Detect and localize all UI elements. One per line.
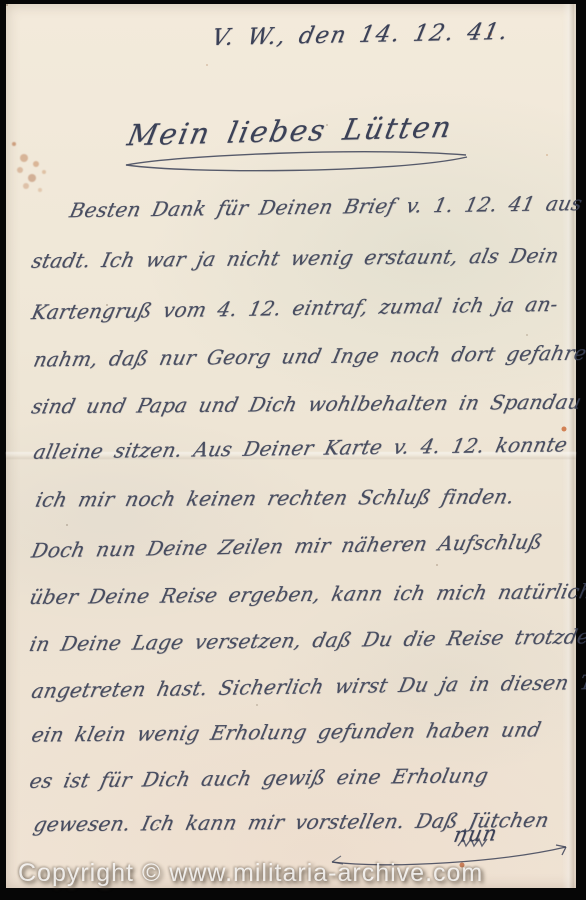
letter-line-text: alleine sitzen. Aus Deiner Karte v. 4. 1… — [31, 432, 569, 464]
dateline-text: V. W., den 14. 12. 41. — [209, 19, 511, 51]
letter-line-text: in Deine Lage versetzen, daß Du die Reis… — [27, 624, 586, 656]
foxing-stain — [12, 142, 16, 146]
letter-line: Kartengruß vom 4. 12. eintraf, zumal ich… — [32, 292, 558, 324]
salutation: Mein liebes Lütten — [128, 110, 453, 152]
letter-line: nahm, daß nur Georg und Inge noch dort g… — [34, 341, 586, 372]
letter-line-text: Besten Dank für Deinen Brief v. 1. 12. 4… — [67, 190, 586, 222]
letter-line: ich mir noch keinen rechten Schluß finde… — [36, 484, 514, 511]
letter-line: sind und Papa und Dich wohlbehalten in S… — [32, 390, 581, 419]
letter-line: es ist für Dich auch gewiß eine Erholung — [30, 763, 488, 793]
letter-line: über Deine Reise ergeben, kann ich mich … — [30, 579, 586, 609]
letter-line-text: ich mir noch keinen rechten Schluß finde… — [33, 484, 516, 511]
letter-line-text: ein klein wenig Erholung gefunden haben … — [29, 717, 543, 746]
letter-line: Besten Dank für Deinen Brief v. 1. 12. 4… — [70, 190, 586, 222]
dateline: V. W., den 14. 12. 41. — [212, 19, 509, 51]
letter-line: ein klein wenig Erholung gefunden haben … — [32, 717, 541, 746]
letter-line: in Deine Lage versetzen, daß Du die Reis… — [30, 624, 586, 656]
watermark-text: Copyright © www.militaria-archive.com — [18, 859, 483, 888]
salutation-underline-flourish — [118, 148, 470, 176]
letter-line: Doch nun Deine Zeilen mir näheren Aufsch… — [32, 530, 543, 563]
letter-page: V. W., den 14. 12. 41. Mein liebes Lütte… — [6, 4, 576, 888]
letter-line: alleine sitzen. Aus Deiner Karte v. 4. 1… — [34, 432, 567, 463]
letter-line-text: Doch nun Deine Zeilen mir näheren Aufsch… — [29, 530, 544, 563]
letter-line-text: sind und Papa und Dich wohlbehalten in S… — [29, 390, 583, 419]
letter-line-text: Kartengruß vom 4. 12. eintraf, zumal ich… — [29, 292, 560, 324]
photo-frame: V. W., den 14. 12. 41. Mein liebes Lütte… — [0, 0, 586, 900]
letter-line-text: nahm, daß nur Georg und Inge noch dort g… — [31, 341, 586, 372]
salutation-text: Mein liebes Lütten — [125, 110, 457, 153]
letter-line-text: über Deine Reise ergeben, kann ich mich … — [27, 579, 586, 609]
letter-line-text: stadt. Ich war ja nicht wenig erstaunt, … — [29, 243, 561, 273]
letter-line-text: es ist für Dich auch gewiß eine Erholung — [27, 763, 490, 793]
letter-line: angetreten hast. Sicherlich wirst Du ja … — [32, 669, 586, 703]
paper-specks — [6, 4, 8, 6]
letter-line: stadt. Ich war ja nicht wenig erstaunt, … — [32, 243, 559, 273]
letter-line-text: angetreten hast. Sicherlich wirst Du ja … — [29, 669, 586, 703]
